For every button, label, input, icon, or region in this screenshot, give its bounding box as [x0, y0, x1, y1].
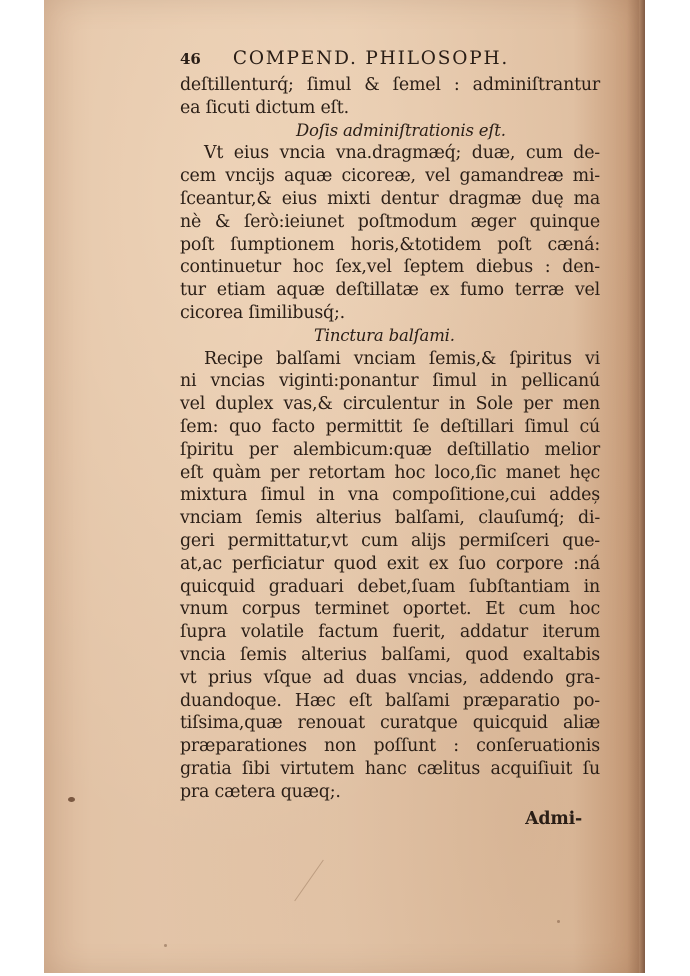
text-line: continuetur hoc ſex,vel ſeptem diebus : … — [180, 256, 600, 279]
text-line: vncia ſemis alterius balſami, quod exalt… — [180, 644, 600, 667]
running-header: 46 COMPEND. PHILOSOPH. — [180, 48, 600, 74]
text-line: Vt eius vncia vna.dragmæq́; duæ, cum de- — [180, 142, 600, 165]
text-line: poſt ſumptionem horis,&totidem poſt cæná… — [180, 234, 600, 257]
text-line: gratia ſibi virtutem hanc cælitus acquiſ… — [180, 758, 600, 781]
text-line: tur etiam aquæ deſtillatæ ex fumo terræ … — [180, 279, 600, 302]
text-line: Recipe balſami vnciam ſemis,& ſpiritus v… — [180, 348, 600, 371]
text-line: mixtura ſimul in vna compoſitione,cui ad… — [180, 484, 600, 507]
text-line: vt prius vſque ad duas vncias, addendo g… — [180, 667, 600, 690]
ink-spot — [557, 920, 560, 923]
text-line: deſtillenturq́; ſimul & ſemel : adminiſt… — [180, 74, 600, 97]
text-line: duandoque. Hæc eſt balſami præparatio po… — [180, 690, 600, 713]
page-number: 46 — [180, 48, 201, 71]
text-line: tiſsima,quæ renouat curatque quicquid al… — [180, 712, 600, 735]
text-line: præparationes non poſſunt : conſeruation… — [180, 735, 600, 758]
text-line: pra cætera quæq;. — [180, 781, 600, 804]
text-line: ſem: quo facto permittit ſe deſtillari ſ… — [180, 416, 600, 439]
section-heading-dosis: Doſis adminiſtrationis eſt. — [180, 120, 600, 143]
text-line: ea ſicuti dictum eſt. — [180, 97, 600, 120]
text-line: geri permittatur,vt cum alijs permiſceri… — [180, 530, 600, 553]
page-text: 46 COMPEND. PHILOSOPH. deſtillenturq́; ſ… — [180, 48, 600, 838]
paper-crease — [294, 860, 323, 902]
text-line: nè & ſerò:ieiunet poſtmodum æger quinque — [180, 211, 600, 234]
text-line: quicquid graduari debet,ſuam ſubſtantiam… — [180, 576, 600, 599]
text-line: at,ac perficiatur quod exit ex ſuo corpo… — [180, 553, 600, 576]
text-line: ſupra volatile factum fuerit, addatur it… — [180, 621, 600, 644]
page-edge-shadow — [639, 0, 645, 973]
text-line: vel duplex vas,& circulentur in Sole per… — [180, 393, 600, 416]
text-line: cicorea ſimilibusq́;. — [180, 302, 600, 325]
catchword: Admi- — [180, 804, 600, 838]
text-line: cem vncijs aquæ cicoreæ, vel gamandreæ m… — [180, 165, 600, 188]
section-heading-tinctura: Tinctura balſami. — [180, 325, 600, 348]
running-head-title: COMPEND. PHILOSOPH. — [233, 48, 509, 71]
text-line: ſpiritu per alembicum:quæ deſtillatio me… — [180, 439, 600, 462]
text-line: vnum corpus terminet oportet. Et cum hoc — [180, 598, 600, 621]
ink-spot — [164, 944, 167, 947]
text-line: eſt quàm per retortam hoc loco,ſic manet… — [180, 462, 600, 485]
text-line: ni vncias viginti:ponantur ſimul in pell… — [180, 370, 600, 393]
text-line: vnciam ſemis alterius balſami, clauſumq́… — [180, 507, 600, 530]
ink-spot — [68, 797, 75, 802]
text-line: ſceantur,& eius mixti dentur dragmæ duę … — [180, 188, 600, 211]
